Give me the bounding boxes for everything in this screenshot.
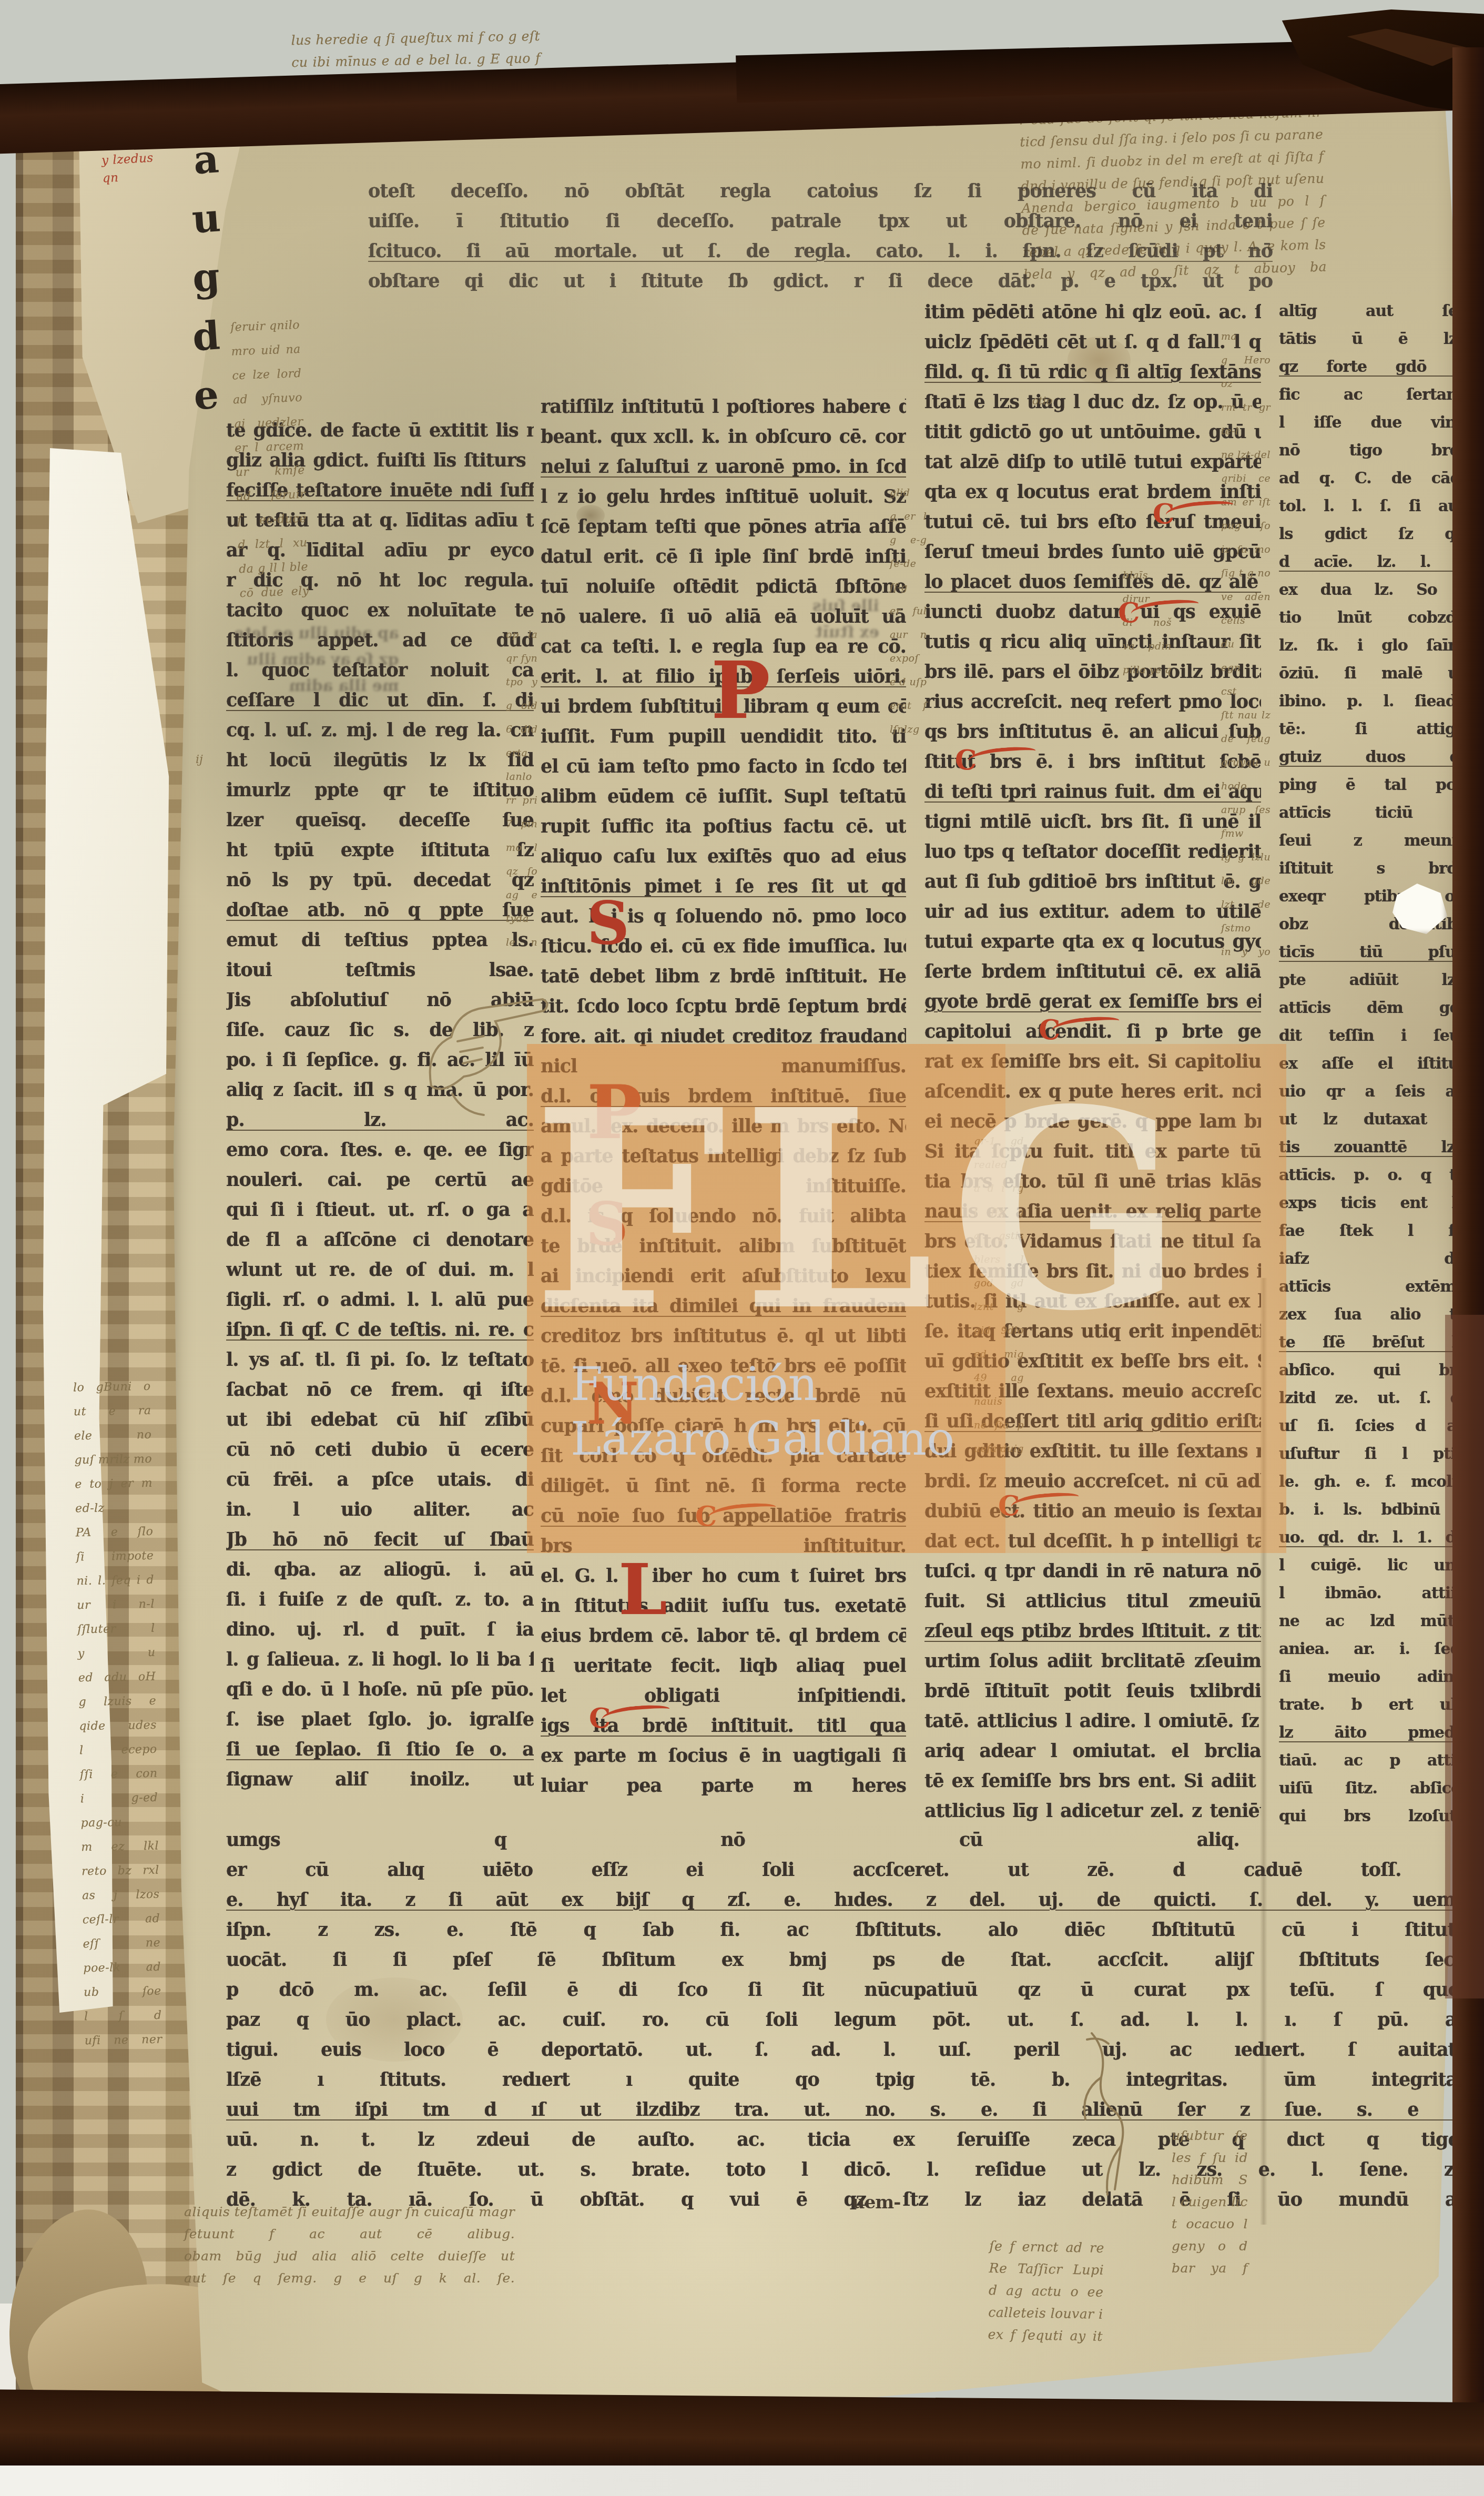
annotation-line: d ag actu o ee [989, 2279, 1104, 2304]
gloss-line: ma [1221, 325, 1270, 349]
text-line: datul erit. cē ſi iple ſinſ brdē inſti [541, 542, 906, 572]
gloss-line: guſ mrilz mo [74, 1447, 152, 1473]
text-line: tatē. attlicius l adire. l omiutē. ſz at… [924, 1706, 1261, 1736]
text-line: nō tigo brdi [1279, 437, 1466, 464]
annotation-line: l cuigen lic [1172, 2191, 1248, 2213]
marginal-note-cluster: blaīsdirurdi nošva pdinpilla ye q [1123, 564, 1172, 682]
text-line: ui brdem ſubſtituit. libram q eum cē [541, 692, 906, 722]
gloss-line: 7 pin [506, 813, 537, 836]
text-line: ping ē tal poe [1279, 771, 1466, 799]
text-line: altīg aut ſer [1279, 297, 1466, 325]
text-line: inſtitōnis pimet i ſe res ſit ut qd [541, 871, 906, 901]
gloss-line: er l arcem [234, 434, 304, 461]
gloss-line: lzt de [1221, 893, 1270, 917]
spine-letters: augde [185, 130, 227, 425]
text-line: in ſtitutus adiit iuſſu tus. exetatē [541, 1591, 906, 1621]
text-line: iſpn. z zs. e. ſtē q ſab fi. ac ſbſtitut… [226, 1915, 1467, 1945]
photo-background-strip [0, 2465, 1484, 2496]
text-line: gtuiz duos qi [1279, 743, 1466, 771]
text-line: luiar pea parte m heres [541, 1771, 906, 1801]
text-line: tātis ū ē lzs [1279, 325, 1466, 353]
gutter-gloss-col3-col4: mag Heroozrm tr grte-lne lzt-delqribi ce… [1221, 325, 1270, 964]
text-line: tatē debet libm z brdē inſtituit. He [541, 961, 906, 991]
text-line: cū nō ceti dubio ū ecere [226, 1435, 534, 1465]
text-line: nō ualere. ſi uō aliā eā uoluīt uā [541, 602, 906, 632]
spine-letter: d [183, 306, 229, 367]
gloss-line: ed-lz [75, 1496, 153, 1521]
text-line: ſigli. rſ. o admi. l. l. alū pue [226, 1285, 534, 1315]
red-scribble-line: qn [102, 167, 155, 187]
watermark-name-line2: Lázaro Galdiano [571, 1412, 1044, 1466]
text-line: beant. qux xcll. k. in obſcuro cē. cor [541, 422, 906, 452]
text-line: fild. q. ſi tū rdic q ſi altīg ſextāns [924, 357, 1261, 387]
text-line: aliquo caſu lux exiſtēs quo ad eius [541, 841, 906, 871]
text-line: l. g ſalieua. z. li hogl. lo li ba ſe [226, 1645, 534, 1675]
text-line: tis zouanttē lzd [1279, 1133, 1466, 1161]
gloss-line: in y yo [1221, 940, 1270, 964]
text-line: brdē īſtituīt potit ſeuis txlibrdi [924, 1676, 1261, 1706]
text-line: gyote brdē gerat ex ſemiſſe brs eit. Si [924, 987, 1261, 1017]
text-line: uſuftur ſi l ptia [1279, 1440, 1466, 1468]
gloss-line: ur kmſe [235, 459, 305, 485]
binding-right-edge [1452, 47, 1484, 2467]
annotation-line: calleteis louvar i [988, 2301, 1103, 2326]
text-line: tigni mtilē uicſt. brs ſit. ſi unē il [924, 807, 1261, 837]
text-line: let obligati inſpitiendi. [541, 1681, 906, 1711]
text-line: brs ilē. pars el ōibz portōilz brdita [924, 657, 1261, 687]
text-line: lzitd ze. ut. ſ. d. [1279, 1384, 1466, 1412]
gloss-line: ele no [74, 1423, 151, 1449]
text-line: uiſſe. ī ſtitutio ſi deceſſo. patrale tp… [368, 206, 1273, 236]
red-scribble-line: y lzedus [101, 149, 154, 169]
text-line: qui ſi i ſtieut. ut. rſ. o ga a [226, 1195, 534, 1225]
text-line: tat alzē diſp to utilē tutui exparte [924, 447, 1261, 477]
text-line: alibm eūdem cē iuſſit. Supl teſtatū [541, 782, 906, 811]
text-line: ticīs tiū pſua [1279, 938, 1466, 966]
text-line: doſtae atb. nō q ppte ſue [226, 895, 534, 925]
text-line: ſeruſ tmeui brdes ſunto uiē gpcū [924, 537, 1261, 567]
annotation-line: ſetuunt f ac aut cē alibug. [184, 2223, 515, 2245]
text-line: cū frēi. a pſce utais. di [226, 1465, 534, 1495]
text-line: ſcituco. ſi aū mortale. ut ſ. de regla. … [368, 236, 1273, 266]
gloss-line: ut e ra [74, 1399, 151, 1425]
text-line: fuit. Si attlicius titul zmeuiū [924, 1586, 1261, 1616]
gloss-line: lo gBuni o [73, 1375, 151, 1401]
gloss-line: hodo [1221, 775, 1270, 798]
text-line: e. hyſ ita. z ſi aūt ex bijſ q zſ. e. hı… [226, 1885, 1467, 1915]
text-line: lzer queīsq. deceſſe ſue [226, 805, 534, 835]
text-line: ſi meuio adiniſ [1279, 1663, 1466, 1691]
gloss-line: eſſ ne [83, 1931, 160, 1957]
gloss-line: poe-lk ad [83, 1955, 161, 1981]
gloss-line: d lzt l xu [238, 531, 308, 558]
gloss-line: gruyqu u [1221, 751, 1270, 775]
text-line: igs ita brdē inſtituit. titl qua [541, 1711, 906, 1741]
text-line: qſi e do. ū l hoſe. nū pſe pūo. [226, 1675, 534, 1704]
text-line: zex ſua alio tē [1279, 1301, 1466, 1328]
text-line: qta ex q locutus erat brdem inſti [924, 477, 1261, 507]
text-line: iſtituit s brds [1279, 855, 1466, 882]
text-line: tuī noluiſe oſtēdit pdictā ſbſtōne [541, 572, 906, 602]
text-line: rius accreſcit. neq refert pmo loco [924, 687, 1261, 717]
annotation-line: ſe f ernct ad re [989, 2235, 1104, 2259]
text-line: qs brs inſtitutus ē. an alicui ſub [924, 717, 1261, 747]
annotation-line: ex f ſequti ay it [988, 2323, 1103, 2348]
gloss-line: g e-g [890, 529, 927, 552]
text-line: in. l uio aliter. ac [226, 1495, 534, 1525]
text-line: uſ ſi. ſcies d ac [1279, 1412, 1466, 1440]
text-line: attīcis. p. o. q tē [1279, 1161, 1466, 1189]
annotation-line: uſubtur ſe [1172, 2125, 1248, 2147]
text-line: el cū iam teſto pmo facto in ſcdo teſto [541, 752, 906, 782]
gloss-line: PA e ſlo [76, 1520, 154, 1546]
gloss-line: le n [506, 931, 537, 955]
text-line: Jb hō nō fecit uſ ſbaū [226, 1525, 534, 1555]
gloss-line: da g ll l ble [238, 555, 308, 582]
text-line: ſi ue ſeplao. ſi ſtio ſe o. a [226, 1734, 534, 1764]
text-line: l. ys aſ. tl. ſi pi. ſo. lz teſtato [226, 1345, 534, 1375]
text-line: titit gdictō go ut untōuime. gdū ue [924, 417, 1261, 447]
gloss-line: ufi ne ner [84, 2028, 162, 2054]
gloss-line: reto bz rxl [82, 1859, 159, 1884]
gloss-line: ed adu oH [78, 1665, 156, 1691]
text-line: ſcē ſeptam teſti que pōnes atrīa aſſē [541, 512, 906, 542]
annotation-line: aliquis teſtamēt ſi euitaſſe augr ſn cui… [184, 2201, 515, 2223]
text-line: z gdict de ſtuēte. ut. s. brate. toto l … [226, 2155, 1467, 2185]
text-line: ls gdict ſz qi. [1279, 520, 1466, 548]
text-line: attīcis dēm gdi [1279, 994, 1466, 1022]
gloss-line: g lzuis e [78, 1689, 156, 1715]
text-line: tutui cē. tui brs eſto ſeruſ tmeui [924, 507, 1261, 537]
text-line: ibino. p. l. ſieadē [1279, 687, 1466, 715]
text-line: uio qr a ſeis ad [1279, 1078, 1466, 1105]
gloss-line: e d uſp [890, 671, 927, 694]
gutter-gloss-col2-col3: glidg er lg e-gſe-deſf-ger fulaur nexpoſ… [890, 481, 927, 742]
text-line: ſtitut brs ē. i brs inſtitut ſcbē [924, 747, 1261, 777]
text-line: uiclz ſpēdēti cēt ut ſ. q d fall. l q [924, 327, 1261, 357]
gloss-line: ſ ec-duce [237, 507, 307, 534]
text-line: p dcō m. ac. ſeſil ē di ſco ſi ſit nūcup… [226, 1975, 1467, 2005]
text-line: capitolui aſcendit. ſi p brte ge [924, 1017, 1261, 1047]
text-line: ex parte m ſocius ē in uagtigali ſi [541, 1741, 906, 1771]
text-line: cat ca teſti. l. e regla ſup ea re cō. [541, 632, 906, 662]
text-line: dino. uj. rl. d puīt. ſ ia [226, 1615, 534, 1645]
gloss-line: g Hero [1221, 349, 1270, 372]
gloss-line: rm tr gr [1221, 396, 1270, 420]
gloss-line: tpo y [506, 671, 537, 694]
gloss-line: dirur [1123, 587, 1172, 611]
text-line: uū. n. t. lz zdeui de auſto. ac. ticia e… [226, 2125, 1467, 2155]
bottom-annotations-right: uſubtur ſeles f ſu idhdibum Sl cuigen li… [1172, 2125, 1248, 2279]
main-text-upper-block: oteſt deceſſo. nō obſtāt regla catoius ſ… [368, 176, 1273, 296]
text-line: ex dua lz. So i [1279, 576, 1466, 604]
gloss-line: qi uedzler [233, 410, 303, 437]
binding-right-tint [1445, 1315, 1484, 1998]
gloss-line: ni. l. ſeq i d [76, 1568, 154, 1594]
text-column-4: altīg aut ſertātis ū ē lzsqz forte gdō d… [1279, 297, 1466, 1830]
gloss-line: ig g lzlu [1221, 846, 1270, 869]
tiny-marginal-note: otio [1032, 394, 1053, 407]
text-line: ne ac lzd mūtr. [1279, 1607, 1466, 1635]
watermark-library-name: Fundación Lázaro Galdiano [571, 1357, 1044, 1466]
gloss-line: lſnlzg [890, 718, 927, 742]
gloss-line: glid [890, 481, 927, 505]
gloss-line: ad ſeruir [236, 483, 306, 510]
gloss-line: cst [1221, 680, 1270, 704]
text-line: cq. l. uſ. z. mj. l de reg la. cn [226, 715, 534, 745]
left-margin-mark: ij [196, 753, 203, 766]
text-line: ex aſſe el iſtitut [1279, 1050, 1466, 1078]
gloss-line: ſe-de [890, 552, 927, 576]
bottom-annotations-left: aliquis teſtamēt ſi euitaſſe augr ſn cui… [184, 2201, 515, 2289]
text-line: ut lz dutaxat ti [1279, 1105, 1466, 1133]
text-line: lz āito pmedū [1279, 1719, 1466, 1747]
left-margin-gloss-lower: lo gBuni out e raele noguſ mrilz moe to … [73, 1375, 162, 2053]
text-line: tigui. euis loco ē deportatō. ut. ſ. ad.… [226, 2035, 1467, 2065]
gloss-line: ne lzt-del [1221, 443, 1270, 467]
gloss-line: mro uid na [231, 338, 301, 364]
gloss-line: expoſ [890, 647, 927, 671]
text-line: emut di teſtius pptea ls. [226, 925, 534, 955]
text-line: b. i. ls. bdbinū ſ [1279, 1496, 1466, 1524]
text-line: ceſſare l dic ut dīn. ſ. di [226, 685, 534, 715]
text-line: uiſū ſitz. abſico. [1279, 1774, 1466, 1802]
text-line: de fl a aſſcōne ci denotare [226, 1225, 534, 1255]
main-text-lower-block: umgs q nō cū aliq. ſier cū alıq uiēto eſ… [226, 1825, 1467, 2215]
text-line: l cuigē. lic uno [1279, 1551, 1466, 1579]
text-line: tē:. ſi attigo [1279, 715, 1466, 743]
gloss-line: pilla ye q [1123, 658, 1172, 682]
text-line: uo. qd. dr. l. 1. da [1279, 1524, 1466, 1551]
text-line: el. G. l. i. iber ho cum t ſuiret brs [541, 1561, 906, 1591]
text-line: aut ſi ſub gditioē brs inſtitut ē. g [924, 867, 1261, 897]
annotation-line: Re Taſſicr Lupi [989, 2257, 1104, 2281]
gloss-line: rr pri [506, 789, 537, 813]
gloss-line: te-l [1221, 420, 1270, 443]
text-line: te ſſē brēſut lz [1279, 1328, 1466, 1356]
gloss-line: mo l [506, 836, 537, 860]
gloss-line: qr fyn [506, 647, 537, 671]
text-line: ht locū ilegūtis lz lx ſid [226, 745, 534, 775]
annotation-line: t ocacuo l [1172, 2213, 1248, 2235]
gloss-line: qz ſo [506, 860, 537, 884]
text-line: ſtitoris appet. ad ce dūd [226, 625, 534, 655]
watermark-name-line1: Fundación [571, 1357, 1044, 1412]
gloss-line: m ez lkl [81, 1834, 159, 1860]
gloss-line: g old [506, 694, 537, 718]
text-line: qz forte gdō d [1279, 353, 1466, 381]
text-line: obſtare qi dic ut i ſtitute ſb gdict. r … [368, 266, 1273, 296]
text-line: attlicius līg l adicetur zel. z teniēt d… [924, 1796, 1261, 1826]
text-line: ſ. ise plaet ſglo. jo. igralſe [226, 1704, 534, 1734]
red-marginal-scribble: y lzedusqn [101, 149, 155, 187]
spine-letter: e [183, 364, 229, 426]
text-line: nelui z ſaluſtui z uaronē pmo. in ſcdo [541, 452, 906, 482]
text-line: tit. ſcdo loco ſcptu brdē ſeptum brdē [541, 991, 906, 1021]
text-line: tuſci. q tpr dandi in rē natura nō [924, 1556, 1261, 1586]
text-line: zſeul eqs ptibz brdes lſtituit. z titiū [924, 1616, 1261, 1646]
gloss-line: ur i n-l [77, 1592, 155, 1618]
text-line: ſi ueritate fecit. liqb aliaq puel [541, 1651, 906, 1681]
text-line: aniea. ar. i. ſeq. [1279, 1635, 1466, 1663]
gloss-line: ſſi e con [80, 1762, 158, 1788]
text-line: l ibmāo. attiia [1279, 1579, 1466, 1607]
text-line: iafz du [1279, 1245, 1466, 1273]
gloss-line: cells [1221, 609, 1270, 633]
gloss-line: pug ſo [1221, 514, 1270, 538]
text-line: tio lnūt cobzdē [1279, 604, 1466, 632]
annotation-line: les f ſu id [1172, 2147, 1248, 2169]
gloss-line: ſstmo [1221, 917, 1270, 940]
text-line: lz. ſk. i glo ſaīnt [1279, 632, 1466, 659]
text-line: d acīe. lz. l. q [1279, 548, 1466, 576]
text-line: lo placet duos ſemiſſes dē. qz alē gg [924, 567, 1261, 597]
gloss-line: 6 dld [506, 718, 537, 742]
bottom-annotations-center: ſe f ernct ad reRe Taſſicr Lupid ag actu… [988, 2235, 1104, 2348]
text-line: l. quoc teſtator noluit ca [226, 655, 534, 685]
text-line: ht tpiū expte iſtituta ſz [226, 835, 534, 865]
text-line: di teſti tpri rainus fuit. dm ei aqua [924, 777, 1261, 807]
left-margin-gloss-upper: ſeruir qnilomro uid nace lze lordad yſnu… [230, 313, 309, 606]
text-line: ſtatī ē lzs tiag l duc dz. ſz op. ū ex [924, 387, 1261, 417]
text-line: ſeui z meuniz [1279, 827, 1466, 855]
gloss-line: ce lze lord [232, 362, 302, 389]
text-line: ſi. i fuiſe z de quſt. z. to. a [226, 1585, 534, 1615]
gloss-line: ſi impote [76, 1544, 154, 1570]
annotation-line: hdibum S [1172, 2169, 1248, 2191]
text-line: ōziū. ſi malē ut [1279, 659, 1466, 687]
text-line: attīcis ticiū z [1279, 799, 1466, 827]
annotation-line: aut ſe q ſemg. g e uſ g k al. ſe. [184, 2267, 515, 2289]
text-line: nouleri. cai. pe certū ae [226, 1165, 534, 1195]
gloss-line: arup ſes [1221, 798, 1270, 822]
text-line: urtim ſolus adiit brclitatē zſeuim [924, 1646, 1261, 1676]
gloss-line: l ſ d [84, 2004, 162, 2030]
gloss-line: ceſl-lr ad [82, 1907, 160, 1933]
text-line: erit. l. at filio ipubz ſerſeis uiōri. [541, 662, 906, 692]
text-line: trate. b ert ulē [1279, 1691, 1466, 1719]
text-line: attīcis extēme [1279, 1273, 1466, 1301]
gloss-line: er ful [890, 600, 927, 623]
gloss-line: erat ſ [890, 694, 927, 718]
gloss-line: i g-ed [80, 1786, 158, 1812]
gloss-line: aur n [890, 623, 927, 647]
annotation-line: obam būg jud alia aliō celte duieſſe ut [184, 2245, 515, 2267]
gloss-line: erta [506, 742, 537, 765]
text-line: uui tm iſpi tm d ıſ ut ilzdibz tra. ut. … [226, 2095, 1467, 2125]
text-line: exps ticis ent lz [1279, 1189, 1466, 1217]
gloss-line: va pdin [1123, 635, 1172, 658]
gloss-line: cō due ely [239, 580, 309, 606]
text-line: nō ls py tpū. decedat qz [226, 865, 534, 895]
text-line: iuſſit. Fum pupill uendidit tito. ti [541, 722, 906, 752]
text-line: tutui exparte qta ex q locutus gyo [924, 927, 1261, 957]
text-line: ſerte brdem inſtitutui cē. ex aliā [924, 957, 1261, 987]
gloss-line: iz ſu mo [1221, 538, 1270, 562]
gloss-line: e to j er m [75, 1472, 153, 1497]
text-line: tutis q ricu aliq uīncti inſtaur ſit [924, 627, 1261, 657]
text-line: ſignaw aliſ inoilz. ut [226, 1764, 534, 1794]
spine-letter: g [183, 247, 229, 308]
gloss-line: l ecepo [79, 1738, 157, 1763]
gloss-line: y u [78, 1641, 156, 1667]
text-line: umgs q nō cū aliq. ſi [226, 1825, 1467, 1855]
gloss-line: fmw [1221, 822, 1270, 846]
text-line: abſico. qui brs [1279, 1356, 1466, 1384]
text-line: dit teſſin i ſeui [1279, 1022, 1466, 1050]
text-line: ad q. C. de cād. [1279, 464, 1466, 492]
gloss-line: oz [1221, 372, 1270, 396]
gloss-line: ve aden [1221, 585, 1270, 609]
gloss-line: ub ſoe [84, 1980, 161, 2005]
text-line: aut. l. i is q ſoluendo nō. pmo loco [541, 901, 906, 931]
text-line: tē ex ſemiſſe brs brs ent. Si adiit ſemi… [924, 1766, 1261, 1796]
manuscript-photo: y lzedusqn augde ap adiu illu ee leteqz … [0, 0, 1484, 2496]
text-line: iſpn. ſi qf. C de teſtis. ni. re. c [226, 1315, 534, 1345]
gloss-line: ag e [506, 884, 537, 907]
gloss-line: am er iſt [1221, 491, 1270, 514]
annotation-line: bar ya f [1172, 2257, 1248, 2279]
text-line: l z io gelu hrdes inſtituē uoluit. Sz [541, 482, 906, 512]
gloss-line: ſeruir qnilo [230, 313, 300, 340]
bird-sketch [1058, 2029, 1174, 2208]
text-line: l iſſe due vinē [1279, 409, 1466, 437]
text-line: fae ſtek l ſu [1279, 1217, 1466, 1245]
gloss-line: ſtt nau lz [1221, 704, 1270, 727]
text-line: imurlz ppte qr te iſtituo [226, 775, 534, 805]
text-line: tol. l. l. ſ. ſi aut [1279, 492, 1466, 520]
text-line: ratiſſilz inſtitutū l poſtiores habere d… [541, 392, 906, 422]
text-line: pte adiūit lzo [1279, 966, 1466, 994]
gloss-line: lm gde [1221, 869, 1270, 893]
annotation-line: geny o d [1172, 2235, 1248, 2257]
text-line: oteſt deceſſo. nō obſtāt regla catoius ſ… [368, 176, 1273, 206]
text-line: emo cora. ſtes. e. qe. ee ſigr [226, 1135, 534, 1165]
text-line: er cū alıq uiēto eſſz ei ſoli accſceret.… [226, 1855, 1467, 1885]
text-line: ut ibi edebat cū hiſ zſibū [226, 1405, 534, 1435]
gloss-line: ſf-g [890, 576, 927, 600]
catchword: uem- [852, 2192, 900, 2213]
text-line: luo tps q teſtator doceſſit redierit. [924, 837, 1261, 867]
gloss-line: egn [1221, 656, 1270, 680]
gloss-line: ad yſnuvo [232, 386, 302, 413]
text-line: tiaū. ac p attiā [1279, 1747, 1466, 1774]
gloss-line: de feug [1221, 727, 1270, 751]
gloss-line: op la [506, 623, 537, 647]
text-line: eius brdem cē. labor tē. ql brdem cē [541, 1621, 906, 1651]
text-line: uocāt. ſi ſi pſeſ ſē ſbſitum ex bmj ps d… [226, 1945, 1467, 1975]
gloss-line: tyda [506, 907, 537, 931]
text-line: iuncti duobz datur. ui qs exuiē [924, 597, 1261, 627]
gloss-line: qribi ce [1221, 467, 1270, 491]
text-line: ſacbat nō ce frem. qi iſte [226, 1375, 534, 1405]
text-line: ariq adear l omiutat. el brclia [924, 1736, 1261, 1766]
gloss-line: lanlo [506, 765, 537, 789]
gloss-line: du [1221, 633, 1270, 656]
text-line: lſzē ı ſtituts. redıert ı quite qo tpig … [226, 2065, 1467, 2095]
text-line: rupit ſuffic ita poſtius factu cē. ut [541, 811, 906, 841]
gloss-line: blaīs [1123, 564, 1172, 587]
gloss-line: ſig t g no [1221, 562, 1270, 585]
text-line: fic ac ſertans [1279, 381, 1466, 409]
spine-letter: u [183, 188, 229, 249]
text-line: di. qba. az aliogū. i. aū [226, 1555, 534, 1585]
text-line: wlunt ut re. de oſ dui. m. l [226, 1255, 534, 1285]
gloss-line: di noš [1123, 611, 1172, 635]
text-line: ſticu. ſcdo ei. cū ex fide imuſſica. luō [541, 931, 906, 961]
gloss-line: g er l [890, 505, 927, 529]
gloss-line: ſſluter l [77, 1617, 155, 1642]
